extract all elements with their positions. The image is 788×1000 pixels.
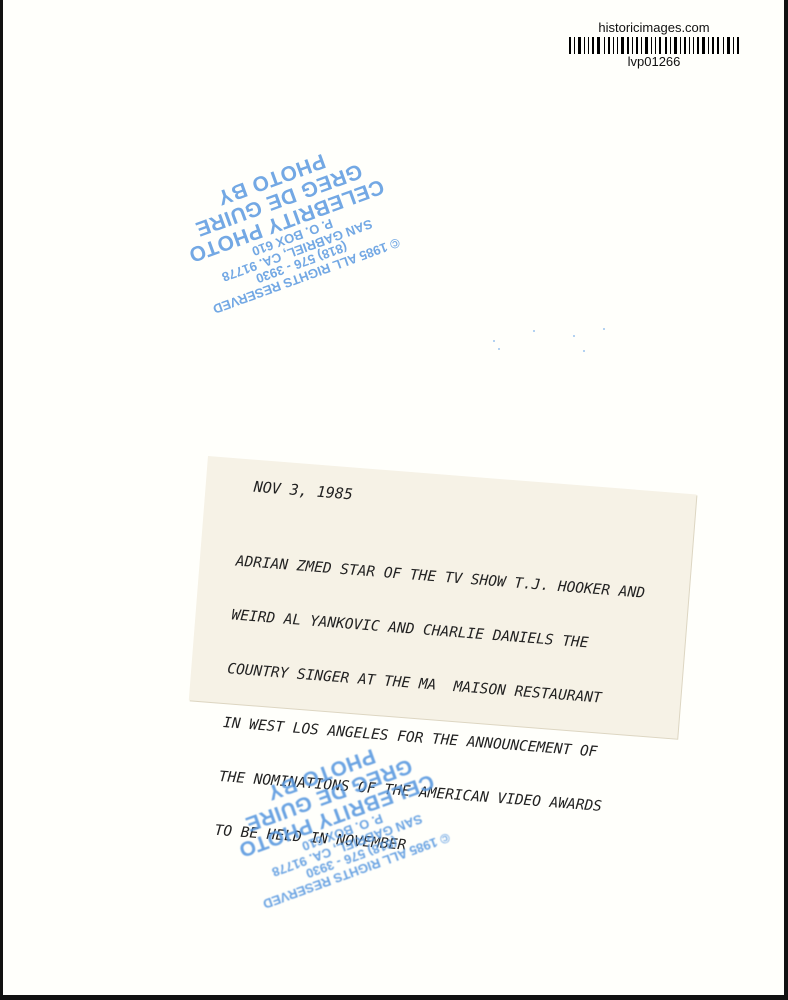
caption-line: WEIRD AL YANKOVIC AND CHARLIE DANIELS TH… xyxy=(231,606,681,659)
ink-specks xyxy=(473,320,623,380)
caption-date: NOV 3, 1985 xyxy=(253,478,353,504)
caption-line: COUNTRY SINGER AT THE MA MAISON RESTAURA… xyxy=(227,660,677,713)
caption-slip: NOV 3, 1985 ADRIAN ZMED STAR OF THE TV S… xyxy=(189,456,697,739)
watermark-id: lvp01266 xyxy=(564,54,744,69)
caption-line: IN WEST LOS ANGELES FOR THE ANNOUNCEMENT… xyxy=(222,714,672,767)
photo-back: historicimages.com lvp01266 © 1985 ALL R… xyxy=(3,0,784,995)
barcode-icon xyxy=(569,37,739,54)
caption-line: ADRIAN ZMED STAR OF THE TV SHOW T.J. HOO… xyxy=(235,553,685,606)
watermark-site: historicimages.com xyxy=(564,20,744,35)
watermark: historicimages.com lvp01266 xyxy=(564,20,744,69)
photographer-stamp-top: © 1985 ALL RIGHTS RESERVED (818) 576 - 3… xyxy=(159,129,416,321)
